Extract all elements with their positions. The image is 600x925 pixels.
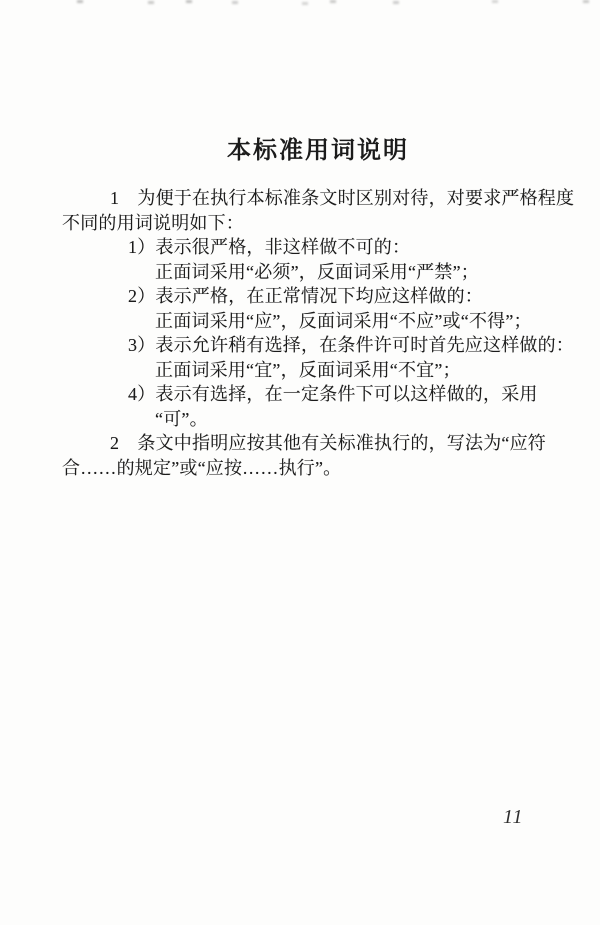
text-line: 1 为便于在执行本标准条文时区别对待，对要求严格程度 xyxy=(62,186,562,211)
text-line: 正面词采用“宜”，反面词采用“不宜”； xyxy=(62,358,562,383)
text-line: 2 条文中指明应按其他有关标准执行的，写法为“应符 xyxy=(62,431,562,456)
text-line: 合……的规定”或“应按……执行”。 xyxy=(62,456,562,481)
page-title: 本标准用词说明 xyxy=(36,136,600,166)
text-line: 正面词采用“应”，反面词采用“不应”或“不得”； xyxy=(62,309,562,334)
text-line: 3）表示允许稍有选择，在条件许可时首先应这样做的： xyxy=(62,333,562,358)
text-line: 4）表示有选择，在一定条件下可以这样做的，采用 xyxy=(62,382,562,407)
text-line: 不同的用词说明如下： xyxy=(62,211,562,236)
text-line: 正面词采用“必须”，反面词采用“严禁”； xyxy=(62,260,562,285)
text-line: “可”。 xyxy=(62,407,562,432)
document-page: 本标准用词说明 1 为便于在执行本标准条文时区别对待，对要求严格程度 不同的用词… xyxy=(0,0,600,925)
text-line: 1）表示很严格，非这样做不可的： xyxy=(62,235,562,260)
page-number: 11 xyxy=(503,806,524,829)
body-text: 1 为便于在执行本标准条文时区别对待，对要求严格程度 不同的用词说明如下： 1）… xyxy=(62,186,562,480)
text-line: 2）表示严格，在正常情况下均应这样做的： xyxy=(62,284,562,309)
